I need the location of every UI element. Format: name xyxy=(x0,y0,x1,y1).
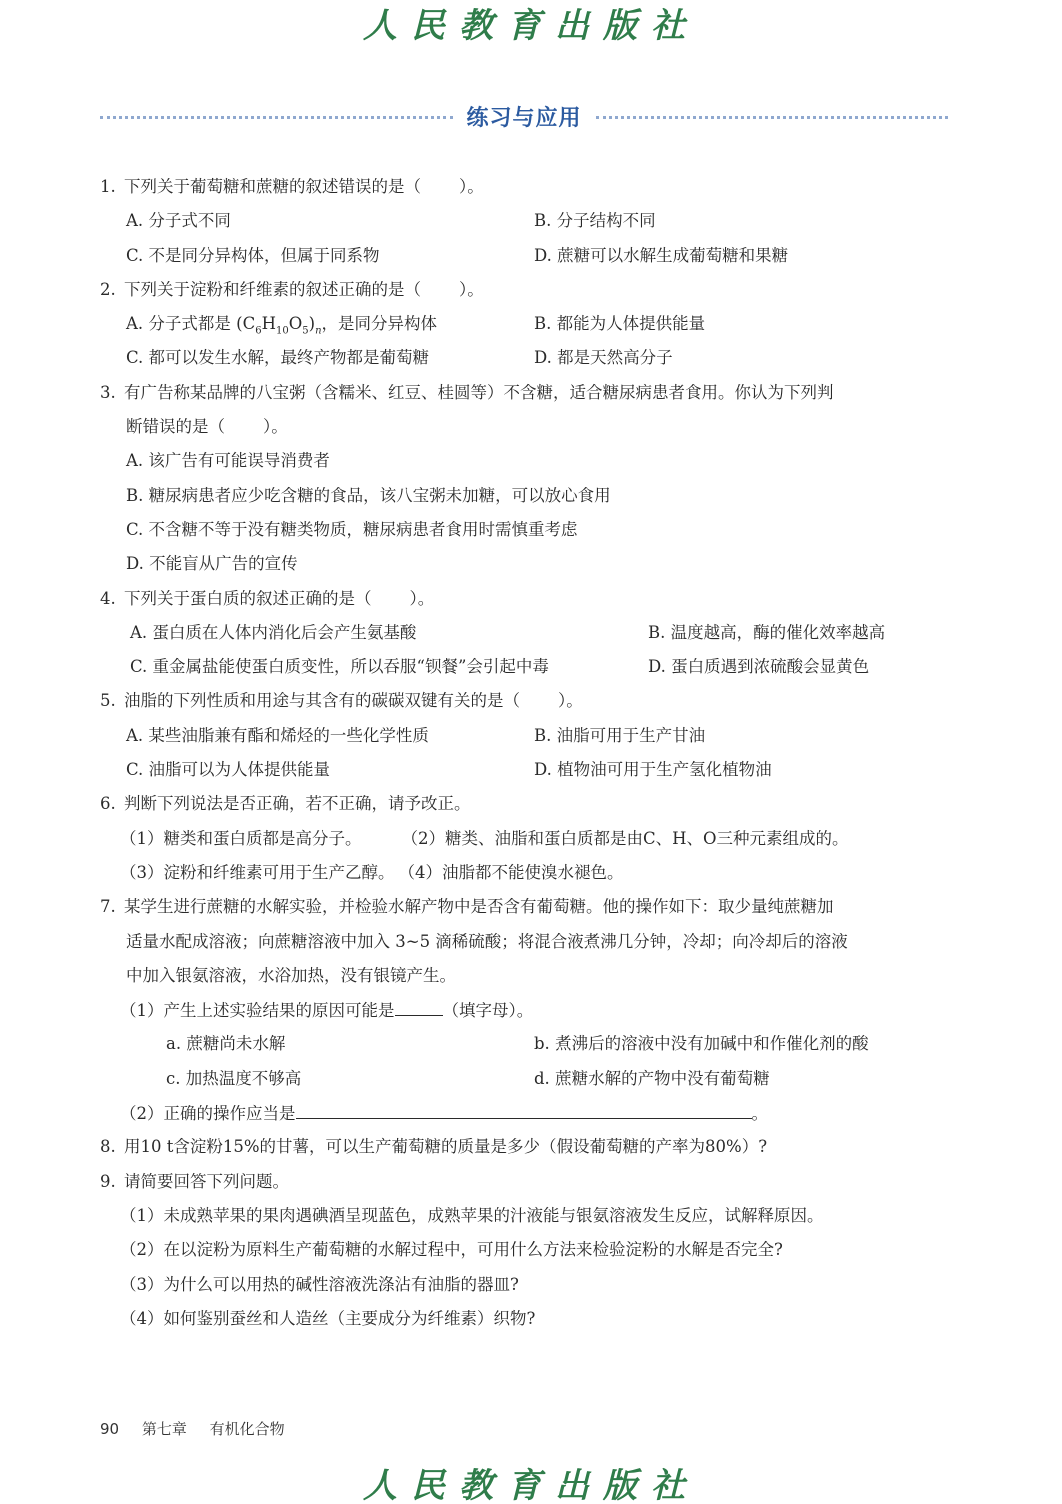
section-header: 练习与应用 xyxy=(100,98,948,134)
option-label: D. xyxy=(648,657,666,676)
option-row: a. 蔗糖尚未水解 b. 煮沸后的溶液中没有加碱中和作催化剂的酸 xyxy=(100,1027,950,1061)
option-b: B. 分子结构不同 xyxy=(534,204,656,238)
formula-text: O xyxy=(289,314,303,333)
option-text: ，是同分异构体 xyxy=(322,314,438,333)
sub-question-text: （2）正确的操作应当是 xyxy=(120,1104,296,1123)
publisher-watermark-bottom: 人民教育出版社 xyxy=(0,1458,1062,1504)
option-b: B. 油脂可用于生产甘油 xyxy=(534,719,705,753)
option-label: C. xyxy=(126,348,143,367)
option-b: B. 都能为人体提供能量 xyxy=(534,307,705,341)
option-c: C. 都可以发生水解，最终产物都是葡萄糖 xyxy=(126,341,429,375)
option-row: A. 分子式都是 (C6H10O5)n，是同分异构体 B. 都能为人体提供能量 xyxy=(100,307,950,341)
option-label: D. xyxy=(534,246,552,265)
option-a: a. 蔗糖尚未水解 xyxy=(166,1027,285,1061)
option-label: C. xyxy=(126,760,143,779)
option-label: B. xyxy=(126,486,143,505)
option-text: 糖尿病患者应少吃含糖的食品，该八宝粥未加糖，可以放心食用 xyxy=(149,486,611,505)
sub-question-3: （3）为什么可以用热的碱性溶液洗涤沾有油脂的器皿? xyxy=(100,1268,950,1302)
sub-question-2: （2）正确的操作应当是。 xyxy=(100,1096,950,1130)
option-text: 不能盲从广告的宣传 xyxy=(149,554,298,573)
option-row: A. 分子式不同 B. 分子结构不同 xyxy=(100,204,950,238)
page-footer: 90 第七章 有机化合物 xyxy=(100,1418,303,1439)
sub-question-text: 。 xyxy=(752,1104,769,1123)
option-label: a. xyxy=(166,1034,181,1053)
subscript: 10 xyxy=(276,325,289,336)
stem-end: ）。 xyxy=(410,589,435,608)
page-number: 90 xyxy=(100,1420,119,1438)
question-6: 6.判断下列说法是否正确，若不正确，请予改正。 xyxy=(100,787,950,821)
option-text: 蛋白质遇到浓硫酸会显黄色 xyxy=(671,657,869,676)
sub-question-1: （1）糖类和蛋白质都是高分子。 xyxy=(120,829,362,848)
sub-question-row: （1）糖类和蛋白质都是高分子。（2）糖类、油脂和蛋白质都是由C、H、O三种元素组… xyxy=(100,822,950,856)
option-text: 蛋白质在人体内消化后会产生氨基酸 xyxy=(152,623,416,642)
question-2: 2.下列关于淀粉和纤维素的叙述正确的是（）。 xyxy=(100,273,950,307)
chapter-label: 第七章 xyxy=(142,1420,187,1438)
option-a: A. 分子式不同 xyxy=(126,204,231,238)
question-stem: 某学生进行蔗糖的水解实验，并检验水解产物中是否含有葡萄糖。他的操作如下：取少量纯… xyxy=(124,897,834,916)
option-c: C. 不含糖不等于没有糖类物质，糖尿病患者食用时需慎重考虑 xyxy=(100,513,950,547)
option-a: A. 蛋白质在人体内消化后会产生氨基酸 xyxy=(130,616,416,650)
question-stem: 中加入银氨溶液，水浴加热，没有银镜产生。 xyxy=(126,966,456,985)
option-text: 分子结构不同 xyxy=(557,211,656,230)
sub-question-4: （4）油脂都不能使溴水褪色。 xyxy=(399,863,624,882)
question-7: 7.某学生进行蔗糖的水解实验，并检验水解产物中是否含有葡萄糖。他的操作如下：取少… xyxy=(100,890,950,924)
option-text: 植物油可用于生产氢化植物油 xyxy=(557,760,772,779)
sub-question-text: （4）如何鉴别蚕丝和人造丝（主要成分为纤维素）织物? xyxy=(120,1309,535,1328)
question-number: 1. xyxy=(100,170,124,204)
option-row: C. 重金属盐能使蛋白质变性，所以吞服“钡餐”会引起中毒 D. 蛋白质遇到浓硫酸… xyxy=(100,650,950,684)
question-stem: 请简要回答下列问题。 xyxy=(124,1172,289,1191)
option-a: A. 该广告有可能误导消费者 xyxy=(100,444,950,478)
option-b: B. 糖尿病患者应少吃含糖的食品，该八宝粥未加糖，可以放心食用 xyxy=(100,479,950,513)
question-stem: 下列关于蛋白质的叙述正确的是（ xyxy=(124,589,372,608)
option-label: D. xyxy=(126,554,144,573)
sub-question-text: （填字母）。 xyxy=(443,1001,534,1020)
question-stem: 下列关于葡萄糖和蔗糖的叙述错误的是（ xyxy=(124,177,421,196)
formula-text: H xyxy=(262,314,276,333)
sub-question-row: （3）淀粉和纤维素可用于生产乙醇。（4）油脂都不能使溴水褪色。 xyxy=(100,856,950,890)
question-stem: 油脂的下列性质和用途与其含有的碳碳双键有关的是（ xyxy=(124,691,520,710)
sub-question-text: （1）产生上述实验结果的原因可能是 xyxy=(120,1001,395,1020)
question-stem: 适量水配成溶液；向蔗糖溶液中加入 3~5 滴稀硫酸；将混合液煮沸几分钟，冷却；向… xyxy=(126,932,848,951)
sub-question-text: （3）为什么可以用热的碱性溶液洗涤沾有油脂的器皿? xyxy=(120,1275,519,1294)
option-b: b. 煮沸后的溶液中没有加碱中和作催化剂的酸 xyxy=(534,1027,869,1061)
option-c: C. 油脂可以为人体提供能量 xyxy=(126,753,330,787)
formula-text: 分子式都是 (C xyxy=(148,314,255,333)
option-label: C. xyxy=(126,520,143,539)
sub-question-text: （2）在以淀粉为原料生产葡萄糖的水解过程中，可用什么方法来检验淀粉的水解是否完全… xyxy=(120,1240,783,1259)
sub-question-2: （2）糖类、油脂和蛋白质都是由C、H、O三种元素组成的。 xyxy=(402,829,849,848)
sub-question-1: （1）产生上述实验结果的原因可能是（填字母）。 xyxy=(100,993,950,1027)
question-7-cont: 中加入银氨溶液，水浴加热，没有银镜产生。 xyxy=(100,959,950,993)
option-text: 煮沸后的溶液中没有加碱中和作催化剂的酸 xyxy=(555,1034,869,1053)
option-b: B. 温度越高，酶的催化效率越高 xyxy=(648,616,885,650)
option-row: A. 蛋白质在人体内消化后会产生氨基酸 B. 温度越高，酶的催化效率越高 xyxy=(100,616,950,650)
question-number: 9. xyxy=(100,1165,124,1199)
publisher-watermark-top: 人民教育出版社 xyxy=(0,0,1062,47)
option-text: 油脂可用于生产甘油 xyxy=(557,726,706,745)
question-number: 5. xyxy=(100,684,124,718)
option-label: d. xyxy=(534,1069,550,1088)
option-label: B. xyxy=(648,623,665,642)
option-d: D. 植物油可用于生产氢化植物油 xyxy=(534,753,772,787)
option-d: D. 不能盲从广告的宣传 xyxy=(100,547,950,581)
option-d: D. 蔗糖可以水解生成葡萄糖和果糖 xyxy=(534,239,788,273)
option-label: B. xyxy=(534,211,551,230)
option-text: 都能为人体提供能量 xyxy=(557,314,706,333)
question-4: 4.下列关于蛋白质的叙述正确的是（）。 xyxy=(100,582,950,616)
question-number: 7. xyxy=(100,890,124,924)
question-8: 8.用10 t含淀粉15%的甘薯，可以生产葡萄糖的质量是多少（假设葡萄糖的产率为… xyxy=(100,1130,950,1164)
answer-blank[interactable] xyxy=(296,1096,752,1119)
option-text: 都可以发生水解，最终产物都是葡萄糖 xyxy=(149,348,430,367)
option-text: 蔗糖尚未水解 xyxy=(186,1034,285,1053)
option-label: B. xyxy=(534,314,551,333)
option-c: C. 重金属盐能使蛋白质变性，所以吞服“钡餐”会引起中毒 xyxy=(130,650,549,684)
sub-question-1: （1）未成熟苹果的果肉遇碘酒呈现蓝色，成熟苹果的汁液能与银氨溶液发生反应，试解释… xyxy=(100,1199,950,1233)
question-5: 5.油脂的下列性质和用途与其含有的碳碳双键有关的是（）。 xyxy=(100,684,950,718)
dotted-rule-right xyxy=(596,116,949,119)
question-stem: 断错误的是（ xyxy=(126,417,225,436)
question-stem: 判断下列说法是否正确，若不正确，请予改正。 xyxy=(124,794,471,813)
stem-end: ）。 xyxy=(459,280,484,299)
stem-end: ）。 xyxy=(263,417,288,436)
option-label: C. xyxy=(130,657,147,676)
option-row: c. 加热温度不够高 d. 蔗糖水解的产物中没有葡萄糖 xyxy=(100,1062,950,1096)
question-stem: 下列关于淀粉和纤维素的叙述正确的是（ xyxy=(124,280,421,299)
sub-question-3: （3）淀粉和纤维素可用于生产乙醇。 xyxy=(120,863,395,882)
question-3-cont: 断错误的是（）。 xyxy=(100,410,950,444)
option-text: 加热温度不够高 xyxy=(186,1069,302,1088)
sub-question-text: （1）未成熟苹果的果肉遇碘酒呈现蓝色，成熟苹果的汁液能与银氨溶液发生反应，试解释… xyxy=(120,1206,824,1225)
question-number: 2. xyxy=(100,273,124,307)
question-number: 8. xyxy=(100,1130,124,1164)
option-row: C. 不是同分异构体，但属于同系物 D. 蔗糖可以水解生成葡萄糖和果糖 xyxy=(100,239,950,273)
option-text: 分子式不同 xyxy=(148,211,231,230)
option-label: A. xyxy=(126,314,143,333)
question-3: 3.有广告称某品牌的八宝粥（含糯米、红豆、桂圆等）不含糖，适合糖尿病患者食用。你… xyxy=(100,376,950,410)
option-row: C. 都可以发生水解，最终产物都是葡萄糖 D. 都是天然高分子 xyxy=(100,341,950,375)
question-number: 4. xyxy=(100,582,124,616)
option-label: C. xyxy=(126,246,143,265)
question-number: 6. xyxy=(100,787,124,821)
chapter-title: 有机化合物 xyxy=(210,1420,285,1438)
option-row: A. 某些油脂兼有酯和烯烃的一些化学性质 B. 油脂可用于生产甘油 xyxy=(100,719,950,753)
option-text: 不是同分异构体，但属于同系物 xyxy=(149,246,380,265)
question-9: 9.请简要回答下列问题。 xyxy=(100,1165,950,1199)
option-d: D. 蛋白质遇到浓硫酸会显黄色 xyxy=(648,650,869,684)
option-label: A. xyxy=(130,623,147,642)
option-text: 油脂可以为人体提供能量 xyxy=(149,760,331,779)
sub-question-2: （2）在以淀粉为原料生产葡萄糖的水解过程中，可用什么方法来检验淀粉的水解是否完全… xyxy=(100,1233,950,1267)
stem-end: ）。 xyxy=(558,691,583,710)
section-title: 练习与应用 xyxy=(453,101,596,132)
option-text: 蔗糖水解的产物中没有葡萄糖 xyxy=(555,1069,770,1088)
option-text: 重金属盐能使蛋白质变性，所以吞服“钡餐”会引起中毒 xyxy=(153,657,549,676)
option-label: B. xyxy=(534,726,551,745)
option-label: A. xyxy=(126,451,143,470)
sub-question-4: （4）如何鉴别蚕丝和人造丝（主要成分为纤维素）织物? xyxy=(100,1302,950,1336)
question-1: 1.下列关于葡萄糖和蔗糖的叙述错误的是（）。 xyxy=(100,170,950,204)
question-stem: 有广告称某品牌的八宝粥（含糯米、红豆、桂圆等）不含糖，适合糖尿病患者食用。你认为… xyxy=(124,383,834,402)
option-text: 温度越高，酶的催化效率越高 xyxy=(671,623,886,642)
option-text: 蔗糖可以水解生成葡萄糖和果糖 xyxy=(557,246,788,265)
option-text: 某些油脂兼有酯和烯烃的一些化学性质 xyxy=(148,726,429,745)
option-d: D. 都是天然高分子 xyxy=(534,341,673,375)
option-label: A. xyxy=(126,211,143,230)
stem-end: ）。 xyxy=(459,177,484,196)
question-stem: 用10 t含淀粉15%的甘薯，可以生产葡萄糖的质量是多少（假设葡萄糖的产率为80… xyxy=(124,1137,767,1156)
option-c: c. 加热温度不够高 xyxy=(166,1062,301,1096)
option-label: A. xyxy=(126,726,143,745)
dotted-rule-left xyxy=(100,116,453,119)
option-a: A. 某些油脂兼有酯和烯烃的一些化学性质 xyxy=(126,719,429,753)
option-label: D. xyxy=(534,348,552,367)
option-d: d. 蔗糖水解的产物中没有葡萄糖 xyxy=(534,1062,770,1096)
option-row: C. 油脂可以为人体提供能量 D. 植物油可用于生产氢化植物油 xyxy=(100,753,950,787)
option-c: C. 不是同分异构体，但属于同系物 xyxy=(126,239,380,273)
option-label: b. xyxy=(534,1034,550,1053)
exercise-list: 1.下列关于葡萄糖和蔗糖的叙述错误的是（）。 A. 分子式不同 B. 分子结构不… xyxy=(100,170,950,1336)
option-label: c. xyxy=(166,1069,181,1088)
option-text: 该广告有可能误导消费者 xyxy=(148,451,330,470)
question-7-cont: 适量水配成溶液；向蔗糖溶液中加入 3~5 滴稀硫酸；将混合液煮沸几分钟，冷却；向… xyxy=(100,925,950,959)
option-label: D. xyxy=(534,760,552,779)
answer-blank[interactable] xyxy=(395,993,443,1016)
question-number: 3. xyxy=(100,376,124,410)
option-text: 不含糖不等于没有糖类物质，糖尿病患者食用时需慎重考虑 xyxy=(149,520,578,539)
option-text: 都是天然高分子 xyxy=(557,348,673,367)
